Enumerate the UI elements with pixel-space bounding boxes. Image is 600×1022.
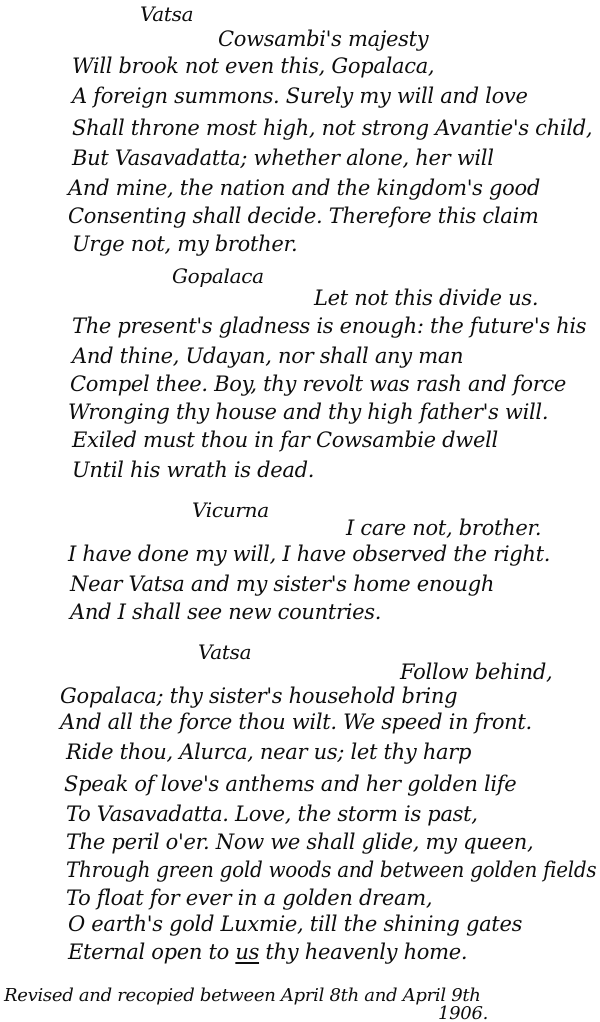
verse-text: thy heavenly home. <box>259 940 467 964</box>
revision-year: 1906. <box>438 1002 488 1022</box>
verse-line: To float for ever in a golden dream, <box>66 886 432 910</box>
verse-line: Wronging thy house and thy high father's… <box>68 400 548 424</box>
verse-line: I have done my will, I have observed the… <box>68 542 550 566</box>
verse-line: And I shall see new countries. <box>70 600 381 624</box>
verse-line: To Vasavadatta. Love, the storm is past, <box>66 802 478 826</box>
verse-text: Eternal open to <box>68 940 235 964</box>
verse-line: Ride thou, Alurca, near us; let thy harp <box>66 740 471 764</box>
verse-line: Exiled must thou in far Cowsambie dwell <box>72 428 498 452</box>
verse-line: Speak of love's anthems and her golden l… <box>64 772 516 796</box>
verse-line: Will brook not even this, Gopalaca, <box>72 54 434 78</box>
verse-line: Through green gold woods and between gol… <box>66 858 596 882</box>
verse-line: And all the force thou wilt. We speed in… <box>60 710 532 734</box>
manuscript-page: Vatsa Cowsambi's majesty Will brook not … <box>0 0 600 1022</box>
verse-line: Follow behind, <box>400 660 552 684</box>
speaker-name: Vatsa <box>140 2 193 26</box>
verse-line: And thine, Udayan, nor shall any man <box>72 344 463 368</box>
revision-note: Revised and recopied between April 8th a… <box>4 984 481 1008</box>
verse-line: Shall throne most high, not strong Avant… <box>72 116 592 140</box>
verse-line: Consenting shall decide. Therefore this … <box>68 204 539 228</box>
verse-line: Near Vatsa and my sister's home enough <box>70 572 494 596</box>
verse-line: Gopalaca; thy sister's household bring <box>60 684 457 708</box>
speaker-name: Vatsa <box>198 640 251 664</box>
verse-line: I care not, brother. <box>346 516 541 540</box>
verse-line: Cowsambi's majesty <box>218 27 428 51</box>
verse-line: Let not this divide us. <box>314 286 538 310</box>
verse-line: Until his wrath is dead. <box>72 458 314 482</box>
verse-line: And mine, the nation and the kingdom's g… <box>68 176 540 200</box>
speaker-name: Vicurna <box>192 498 269 522</box>
verse-line: O earth's gold Luxmie, till the shining … <box>68 912 522 936</box>
verse-line: Urge not, my brother. <box>72 232 297 256</box>
verse-line: Compel thee. Boy, thy revolt was rash an… <box>70 372 566 396</box>
verse-line: A foreign summons. Surely my will and lo… <box>72 84 528 108</box>
verse-line: Eternal open to us thy heavenly home. <box>68 940 467 964</box>
underlined-word: us <box>235 940 259 964</box>
verse-line: The present's gladness is enough: the fu… <box>72 314 586 338</box>
speaker-name: Gopalaca <box>172 264 264 288</box>
verse-line: But Vasavadatta; whether alone, her will <box>72 146 494 170</box>
verse-line: The peril o'er. Now we shall glide, my q… <box>66 830 533 854</box>
